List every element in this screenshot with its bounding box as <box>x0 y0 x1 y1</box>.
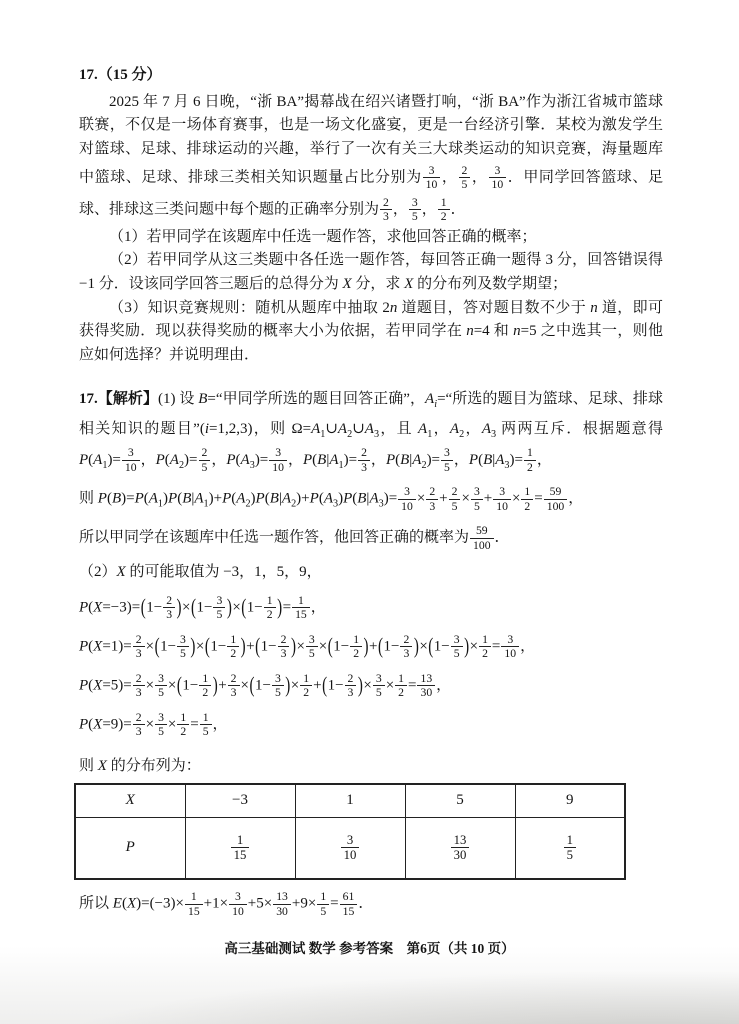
fraction-denominator: 5 <box>471 499 483 513</box>
fraction-denominator: 10 <box>341 847 360 863</box>
subscript: 2 <box>421 460 426 471</box>
fraction: 35 <box>451 633 463 661</box>
fraction: 1330 <box>451 833 470 863</box>
fraction-denominator: 5 <box>213 607 225 621</box>
fraction-numerator: 1 <box>524 446 536 459</box>
fraction-denominator: 5 <box>373 685 385 699</box>
distribution-table-body: X−3159P115310133015 <box>75 784 625 879</box>
fraction: 23 <box>380 196 392 224</box>
fraction-numerator: 2 <box>426 485 438 498</box>
subscript: 3 <box>250 460 255 471</box>
fraction-numerator: 1 <box>521 485 533 498</box>
subscript: 3 <box>491 429 496 440</box>
problem-parts: （1）若甲同学在该题库中任选一题作答，求他回答正确的概率；（2）若甲同学从这三类… <box>79 226 663 368</box>
fraction-numerator: 3 <box>489 164 507 177</box>
fraction: 12 <box>300 672 312 700</box>
fraction-numerator: 13 <box>417 672 435 685</box>
table-cell: 9 <box>515 784 625 817</box>
fraction-denominator: 3 <box>133 724 145 738</box>
fraction-numerator: 2 <box>199 446 211 459</box>
fraction: 23 <box>358 446 370 474</box>
table-cell: X <box>75 784 185 817</box>
table-row: P115310133015 <box>75 817 625 879</box>
big-paren: ( <box>154 637 160 660</box>
big-paren: ( <box>176 676 182 699</box>
fraction: 23 <box>133 672 145 700</box>
fraction-denominator: 3 <box>163 607 175 621</box>
fraction: 310 <box>122 446 140 474</box>
subscript: 1 <box>427 429 432 440</box>
fraction-denominator: 30 <box>273 904 291 918</box>
fraction: 35 <box>155 711 167 739</box>
subscript: 2 <box>179 460 184 471</box>
fraction-denominator: 3 <box>133 685 145 699</box>
fraction: 35 <box>471 485 483 513</box>
fraction-numerator: 1 <box>264 594 276 607</box>
fraction-denominator: 5 <box>155 685 167 699</box>
fraction: 35 <box>177 633 189 661</box>
big-paren: ) <box>277 598 283 621</box>
fraction-numerator: 1 <box>350 633 362 646</box>
problem-number: 17.（15 分） <box>79 64 663 88</box>
big-paren: ) <box>190 637 196 660</box>
fraction: 310 <box>423 164 441 192</box>
fraction-numerator: 1 <box>395 672 407 685</box>
big-paren: ) <box>290 637 296 660</box>
fraction: 12 <box>438 196 450 224</box>
fraction-denominator: 3 <box>426 499 438 513</box>
fraction-numerator: 3 <box>501 633 519 646</box>
fraction: 12 <box>264 594 276 622</box>
fraction-numerator: 1 <box>185 890 203 903</box>
fraction-denominator: 5 <box>155 724 167 738</box>
fraction-numerator: 1 <box>177 711 189 724</box>
fraction-numerator: 3 <box>155 672 167 685</box>
big-paren: ) <box>357 676 363 699</box>
fraction-denominator: 15 <box>292 607 310 621</box>
fraction: 35 <box>306 633 318 661</box>
big-paren: ) <box>176 598 182 621</box>
fraction-denominator: 2 <box>479 646 491 660</box>
subscript: 2 <box>347 429 352 440</box>
fraction-denominator: 10 <box>493 499 511 513</box>
table-intro: 则 X 的分布列为： <box>79 755 663 779</box>
solution-line: P(X=9)=23×35×12=15， <box>79 709 663 741</box>
fraction-denominator: 2 <box>227 646 239 660</box>
fraction: 310 <box>341 833 360 863</box>
fraction: 12 <box>395 672 407 700</box>
fraction-denominator: 3 <box>133 646 145 660</box>
table-cell: 1330 <box>405 817 515 879</box>
subscript: 2 <box>245 499 250 510</box>
big-paren: ( <box>249 676 255 699</box>
solution-label: 17.【解析】 <box>79 391 158 407</box>
fraction-denominator: 3 <box>380 209 392 223</box>
solution-lines: 则 P(B)=P(A1)P(B|A1)+P(A2)P(B|A2)+P(A3)P(… <box>79 483 663 740</box>
fraction-numerator: 3 <box>471 485 483 498</box>
fraction: 15 <box>200 711 212 739</box>
subscript: 1 <box>204 499 209 510</box>
fraction-denominator: 10 <box>423 177 441 191</box>
solution-line: P(X=1)=23×(1−35)×(1−12)+(1−23)×35×(1−12)… <box>79 631 663 663</box>
big-paren: ) <box>464 637 470 660</box>
fraction-numerator: 13 <box>273 890 291 903</box>
fraction: 15 <box>317 890 329 918</box>
fraction: 12 <box>479 633 491 661</box>
fraction-numerator: 2 <box>133 711 145 724</box>
big-paren: ( <box>204 637 210 660</box>
fraction: 310 <box>398 485 416 513</box>
fraction-denominator: 2 <box>350 646 362 660</box>
fraction-numerator: 2 <box>345 672 357 685</box>
fraction: 12 <box>227 633 239 661</box>
solution-first-paragraph: 17.【解析】(1) 设 B=“甲同学所选的题目回答正确”，Ai=“所选的题目为… <box>79 385 663 477</box>
fraction: 12 <box>177 711 189 739</box>
subscript: 1 <box>339 460 344 471</box>
fraction: 12 <box>524 446 536 474</box>
answer-sheet-page: 17.（15 分） 2025 年 7 月 6 日晚，“浙 BA”揭幕战在绍兴诸暨… <box>0 0 739 1024</box>
solution-line: P(X=5)=23×35×(1−12)+23×(1−35)×12+(1−23)×… <box>79 670 663 702</box>
subscript: 2 <box>291 499 296 510</box>
fraction-numerator: 1 <box>199 672 211 685</box>
fraction-denominator: 5 <box>199 460 211 474</box>
fraction: 59100 <box>544 485 568 513</box>
page-footer: 高三基础测试 数学 参考答案 第6页（共 10 页） <box>0 937 739 957</box>
big-paren: ) <box>240 637 246 660</box>
fraction-denominator: 2 <box>521 499 533 513</box>
fraction: 35 <box>155 672 167 700</box>
fraction-numerator: 3 <box>398 485 416 498</box>
problem-part: （2）若甲同学从这三类题中各任选一题作答，每回答正确一题得 3 分，回答错误得 … <box>79 249 663 296</box>
big-paren: ) <box>226 598 232 621</box>
fraction-denominator: 3 <box>278 646 290 660</box>
fraction-numerator: 3 <box>441 446 453 459</box>
table-cell: −3 <box>185 784 295 817</box>
solution-line: 则 P(B)=P(A1)P(B|A1)+P(A2)P(B|A2)+P(A3)P(… <box>79 483 663 515</box>
fraction-numerator: 2 <box>133 633 145 646</box>
solution-line: （2）X 的可能取值为 −3，1，5，9， <box>79 561 663 585</box>
fraction-denominator: 10 <box>489 177 507 191</box>
fraction-denominator: 3 <box>345 685 357 699</box>
table-cell: 15 <box>515 817 625 879</box>
fraction-numerator: 3 <box>451 633 463 646</box>
fraction-numerator: 3 <box>306 633 318 646</box>
fraction: 1330 <box>273 890 291 918</box>
fraction-denominator: 2 <box>438 209 450 223</box>
fraction: 23 <box>228 672 240 700</box>
fraction-denominator: 5 <box>564 847 576 863</box>
fraction-numerator: 2 <box>358 446 370 459</box>
fraction: 115 <box>231 833 250 863</box>
fraction-denominator: 5 <box>177 646 189 660</box>
fraction-denominator: 2 <box>300 685 312 699</box>
fraction-numerator: 3 <box>373 672 385 685</box>
fraction-numerator: 2 <box>449 485 461 498</box>
fraction-denominator: 10 <box>269 460 287 474</box>
fraction-denominator: 5 <box>272 685 284 699</box>
table-cell: 310 <box>295 817 405 879</box>
fraction: 115 <box>292 594 310 622</box>
subscript: 2 <box>459 429 464 440</box>
fraction-numerator: 1 <box>564 833 576 848</box>
fraction-denominator: 5 <box>459 177 471 191</box>
fraction-numerator: 2 <box>380 196 392 209</box>
fraction-denominator: 15 <box>185 904 203 918</box>
fraction-denominator: 2 <box>199 685 211 699</box>
solution-line: P(X=−3)=(1−23)×(1−35)×(1−12)=115， <box>79 592 663 624</box>
fraction-numerator: 59 <box>470 524 494 537</box>
fraction: 115 <box>185 890 203 918</box>
fraction: 23 <box>345 672 357 700</box>
fraction: 6115 <box>340 890 358 918</box>
fraction: 23 <box>278 633 290 661</box>
fraction-denominator: 5 <box>317 904 329 918</box>
expectation-line: 所以 E(X)=(−3)×115+1×310+5×1330+9×15=6115． <box>79 888 663 920</box>
fraction-numerator: 2 <box>163 594 175 607</box>
subscript: 3 <box>374 429 379 440</box>
fraction-denominator: 100 <box>470 538 494 552</box>
fraction: 23 <box>133 711 145 739</box>
fraction-denominator: 5 <box>200 724 212 738</box>
fraction-numerator: 3 <box>213 594 225 607</box>
fraction-numerator: 59 <box>544 485 568 498</box>
fraction-numerator: 3 <box>341 833 360 848</box>
table-cell: 115 <box>185 817 295 879</box>
big-paren: ) <box>212 676 218 699</box>
fraction-numerator: 1 <box>200 711 212 724</box>
fraction: 25 <box>449 485 461 513</box>
fraction-denominator: 10 <box>398 499 416 513</box>
fraction-denominator: 5 <box>441 460 453 474</box>
fraction-numerator: 3 <box>155 711 167 724</box>
fraction-numerator: 1 <box>227 633 239 646</box>
fraction-denominator: 5 <box>409 209 421 223</box>
fraction-numerator: 3 <box>177 633 189 646</box>
fraction: 12 <box>199 672 211 700</box>
fraction-denominator: 2 <box>177 724 189 738</box>
fraction-numerator: 3 <box>493 485 511 498</box>
fraction-numerator: 1 <box>438 196 450 209</box>
fraction: 310 <box>229 890 247 918</box>
fraction-numerator: 2 <box>278 633 290 646</box>
fraction-denominator: 5 <box>306 646 318 660</box>
fraction: 25 <box>199 446 211 474</box>
subscript: 3 <box>504 460 509 471</box>
fraction: 310 <box>489 164 507 192</box>
fraction: 35 <box>409 196 421 224</box>
fraction: 12 <box>350 633 362 661</box>
fraction-denominator: 100 <box>544 499 568 513</box>
fraction-denominator: 2 <box>524 460 536 474</box>
fraction: 35 <box>373 672 385 700</box>
fraction: 23 <box>133 633 145 661</box>
big-paren: ( <box>327 637 333 660</box>
fraction-numerator: 3 <box>409 196 421 209</box>
fraction-numerator: 2 <box>459 164 471 177</box>
subscript: 1 <box>102 460 107 471</box>
big-paren: ( <box>241 598 247 621</box>
fraction: 12 <box>521 485 533 513</box>
fraction: 1330 <box>417 672 435 700</box>
fraction: 15 <box>564 833 576 863</box>
subscript: 1 <box>158 499 163 510</box>
fraction-numerator: 1 <box>479 633 491 646</box>
fraction: 59100 <box>470 524 494 552</box>
fraction-numerator: 2 <box>400 633 412 646</box>
page-content: 17.（15 分） 2025 年 7 月 6 日晚，“浙 BA”揭幕战在绍兴诸暨… <box>79 64 663 920</box>
fraction: 310 <box>493 485 511 513</box>
table-cell: 1 <box>295 784 405 817</box>
subscript: 1 <box>320 429 325 440</box>
fraction-numerator: 2 <box>133 672 145 685</box>
subscript: i <box>434 399 437 410</box>
fraction: 25 <box>459 164 471 192</box>
big-paren: ) <box>285 676 291 699</box>
big-paren: ( <box>255 637 261 660</box>
problem-part: （1）若甲同学在该题库中任选一题作答，求他回答正确的概率； <box>79 226 663 250</box>
fraction-denominator: 2 <box>395 685 407 699</box>
fraction-denominator: 15 <box>231 847 250 863</box>
fraction: 23 <box>163 594 175 622</box>
table-cell: 5 <box>405 784 515 817</box>
fraction-numerator: 61 <box>340 890 358 903</box>
fraction-numerator: 3 <box>269 446 287 459</box>
fraction-numerator: 3 <box>122 446 140 459</box>
big-paren: ( <box>378 637 384 660</box>
big-paren: ) <box>363 637 369 660</box>
fraction-denominator: 2 <box>264 607 276 621</box>
big-paren: ( <box>428 637 434 660</box>
fraction-denominator: 30 <box>451 847 470 863</box>
fraction: 310 <box>501 633 519 661</box>
fraction: 35 <box>272 672 284 700</box>
big-paren: ( <box>191 598 197 621</box>
table-cell: P <box>75 817 185 879</box>
big-paren: ( <box>322 676 328 699</box>
fraction-denominator: 3 <box>358 460 370 474</box>
fraction-numerator: 3 <box>423 164 441 177</box>
fraction: 23 <box>426 485 438 513</box>
fraction-numerator: 13 <box>451 833 470 848</box>
fraction-denominator: 10 <box>122 460 140 474</box>
fraction: 35 <box>441 446 453 474</box>
fraction-numerator: 1 <box>300 672 312 685</box>
fraction-denominator: 5 <box>451 646 463 660</box>
fraction-denominator: 3 <box>400 646 412 660</box>
fraction: 310 <box>269 446 287 474</box>
fraction-numerator: 1 <box>317 890 329 903</box>
fraction-denominator: 3 <box>228 685 240 699</box>
fraction-denominator: 5 <box>449 499 461 513</box>
big-paren: ( <box>140 598 146 621</box>
fraction-numerator: 3 <box>272 672 284 685</box>
fraction-denominator: 15 <box>340 904 358 918</box>
fraction-denominator: 10 <box>501 646 519 660</box>
distribution-table: X−3159P115310133015 <box>74 783 626 880</box>
fraction-numerator: 2 <box>228 672 240 685</box>
fraction-numerator: 1 <box>231 833 250 848</box>
fraction-numerator: 1 <box>292 594 310 607</box>
big-paren: ) <box>413 637 419 660</box>
subscript: 3 <box>333 499 338 510</box>
fraction-numerator: 3 <box>229 890 247 903</box>
fraction-denominator: 30 <box>417 685 435 699</box>
problem-part: （3）知识竞赛规则：随机从题库中抽取 2n 道题目，答对题目数不少于 n 道，即… <box>79 297 663 368</box>
solution-line: 所以甲同学在该题库中任选一题作答，他回答正确的概率为59100． <box>79 522 663 554</box>
table-row: X−3159 <box>75 784 625 817</box>
fraction: 23 <box>400 633 412 661</box>
solution-part1-body: (1) 设 B=“甲同学所选的题目回答正确”，Ai=“所选的题目为篮球、足球、排… <box>79 391 663 468</box>
subscript: 3 <box>379 499 384 510</box>
problem-intro: 2025 年 7 月 6 日晚，“浙 BA”揭幕战在绍兴诸暨打响，“浙 BA”作… <box>79 91 663 226</box>
fraction-denominator: 10 <box>229 904 247 918</box>
fraction: 35 <box>213 594 225 622</box>
